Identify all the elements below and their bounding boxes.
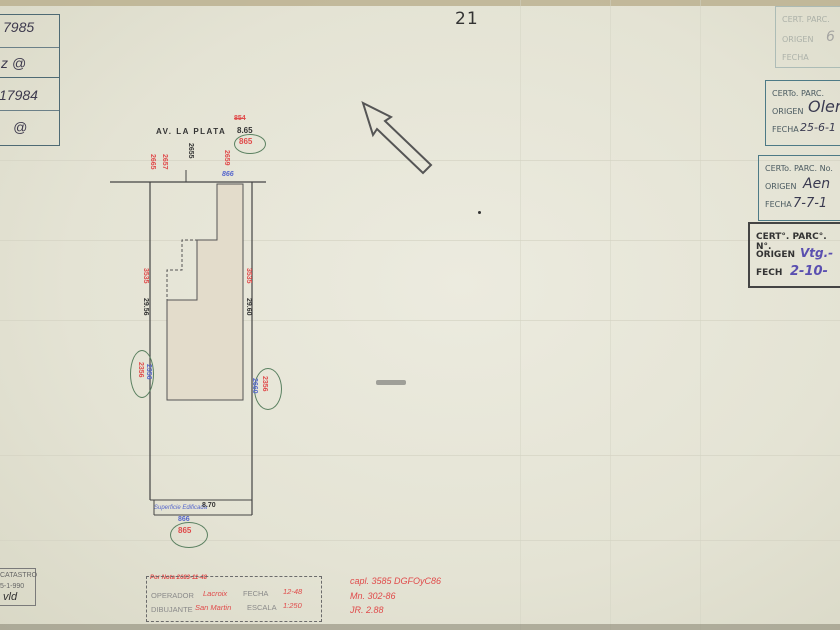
stamp-value: @ bbox=[13, 119, 27, 135]
faded-cert-stamp: CERT. PARC. ORIGEN 6 FECHA bbox=[775, 6, 840, 68]
parcel-number: 2657 bbox=[161, 154, 168, 170]
left-side-red: 3535 bbox=[142, 268, 149, 284]
red-note: capl. 3585 DGFOyC86 bbox=[350, 576, 441, 586]
left-side-measure: 29.56 bbox=[142, 298, 149, 316]
street-name: AV. LA PLATA bbox=[156, 127, 226, 136]
red-note: JR. 2.88 bbox=[350, 605, 384, 615]
dot-mark bbox=[478, 211, 481, 214]
street-measure-red: 854 bbox=[234, 115, 246, 122]
catastro-stamp: CATASTRO 5-1-990 vld bbox=[0, 568, 36, 606]
left-registry-stamp: 7985 z @ 17984 @ bbox=[0, 14, 60, 146]
stamp-value: 17984 bbox=[0, 87, 38, 103]
stamp-value: 7985 bbox=[3, 19, 34, 35]
parcel-number: 2665 bbox=[149, 154, 156, 170]
bottom-measure: 8.70 bbox=[202, 502, 216, 509]
left-circle-red: 2356 bbox=[137, 362, 144, 378]
cert-stamp-2: CERTo. PARC. No. ORIGEN Aen FECHA 7-7-1 bbox=[758, 155, 840, 221]
front-measure-blue: 866 bbox=[222, 171, 234, 178]
smudge-mark bbox=[376, 380, 406, 385]
cert-stamp-3: CERT°. PARC°. N°. ORIGEN Vtg.- FECH 2-10… bbox=[748, 222, 840, 288]
street-measure-circled: 865 bbox=[239, 137, 252, 146]
right-circle-blue: 2660 bbox=[251, 378, 258, 394]
bottom-measure-circled: 865 bbox=[178, 526, 191, 535]
stamp-value: z @ bbox=[1, 55, 26, 71]
red-note: Mn. 302-86 bbox=[350, 591, 396, 601]
grid-line bbox=[0, 540, 840, 541]
north-arrow-icon bbox=[355, 95, 440, 185]
bottom-edge bbox=[0, 624, 840, 630]
grid-line bbox=[520, 0, 521, 630]
circle-mark bbox=[254, 368, 282, 410]
parcel-number: 2655 bbox=[187, 143, 194, 159]
bottom-label: Superficie Edificada bbox=[154, 505, 207, 511]
right-side-red: 3535 bbox=[245, 268, 252, 284]
lot-plan-drawing bbox=[100, 170, 300, 530]
parcel-number: 2659 bbox=[223, 150, 230, 166]
grid-line bbox=[700, 0, 701, 630]
grid-line bbox=[610, 0, 611, 630]
page-number: 21 bbox=[455, 9, 479, 29]
right-circle-red: 2356 bbox=[261, 376, 268, 392]
top-edge bbox=[0, 0, 840, 6]
right-side-measure: 29.60 bbox=[245, 298, 252, 316]
operator-stamp: OPERADOR Lacroix FECHA 12-48 DIBUJANTE S… bbox=[146, 576, 322, 622]
left-circle-blue: 2356 bbox=[145, 364, 152, 380]
cert-stamp-1: CERTo. PARC. ORIGEN Olen FECHA 25-6-1 bbox=[765, 80, 840, 146]
plat-sheet: 21 7985 z @ 17984 @ CERT. PARC. ORIGEN 6… bbox=[0, 0, 840, 630]
